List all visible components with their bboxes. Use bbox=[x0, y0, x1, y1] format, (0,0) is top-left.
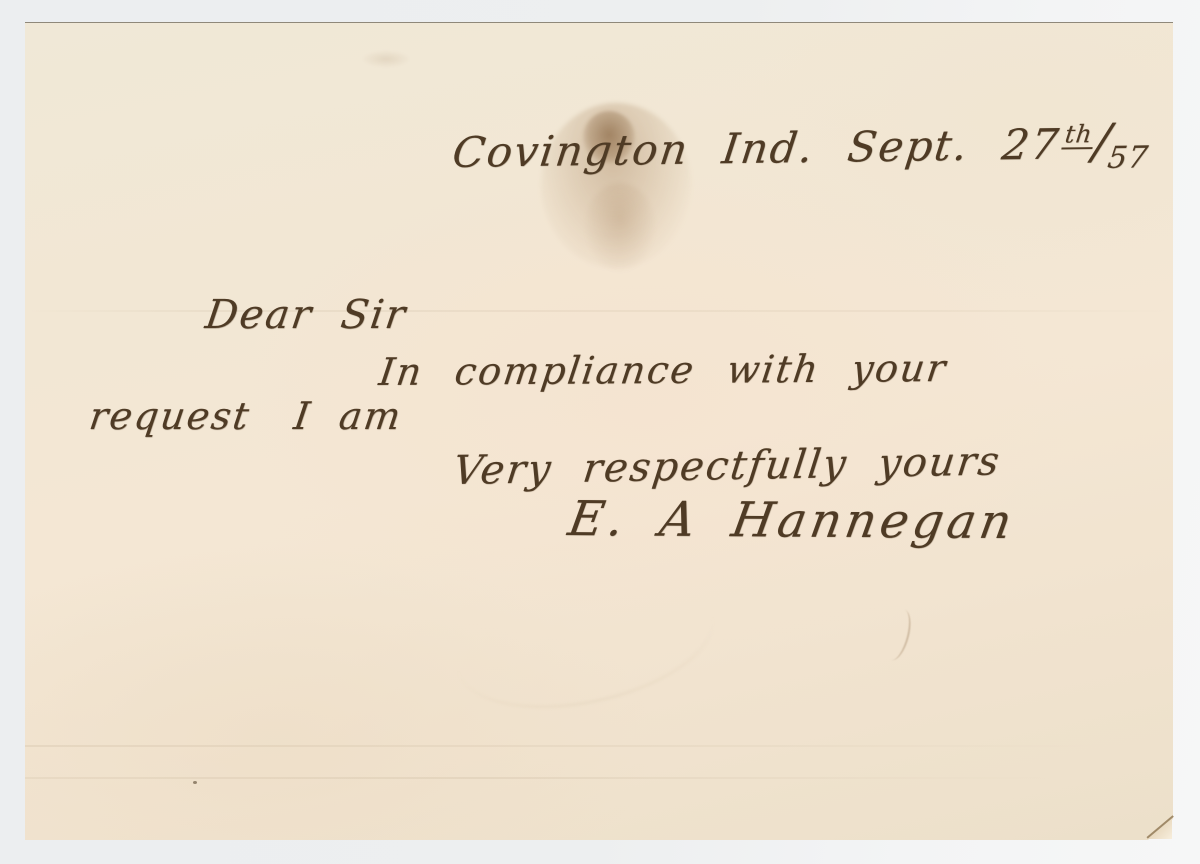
letter-paper: Covington Ind. Sept. 27th/57 Dear Sir In… bbox=[25, 22, 1173, 840]
closing-line: Very respectfully yours bbox=[451, 441, 1003, 491]
dateline-ordinal-suffix: th bbox=[1061, 122, 1096, 150]
paper-wrinkle bbox=[445, 557, 724, 728]
paper-crease bbox=[25, 310, 1173, 312]
paper-speck bbox=[193, 781, 197, 784]
ink-stain-tail bbox=[585, 183, 655, 271]
body-word-request: request bbox=[87, 394, 254, 438]
salutation: Dear Sir bbox=[203, 295, 409, 335]
body-line-1: In compliance with your bbox=[377, 349, 949, 391]
scan-background: Covington Ind. Sept. 27th/57 Dear Sir In… bbox=[0, 0, 1200, 864]
signature: E. A Hannegan bbox=[565, 495, 1019, 546]
paper-smudge bbox=[363, 51, 409, 67]
body-words-i-am: I am bbox=[291, 394, 405, 438]
body-line-2: requestI am bbox=[87, 397, 405, 435]
paper-crease bbox=[25, 745, 1173, 747]
dateline: Covington Ind. Sept. 27th/57 bbox=[449, 117, 1154, 183]
paper-crease bbox=[25, 777, 1173, 779]
dateline-place-date: Covington Ind. Sept. 27 bbox=[450, 120, 1063, 177]
faint-pencil-mark bbox=[881, 607, 915, 663]
dateline-year: 57 bbox=[1106, 143, 1150, 174]
